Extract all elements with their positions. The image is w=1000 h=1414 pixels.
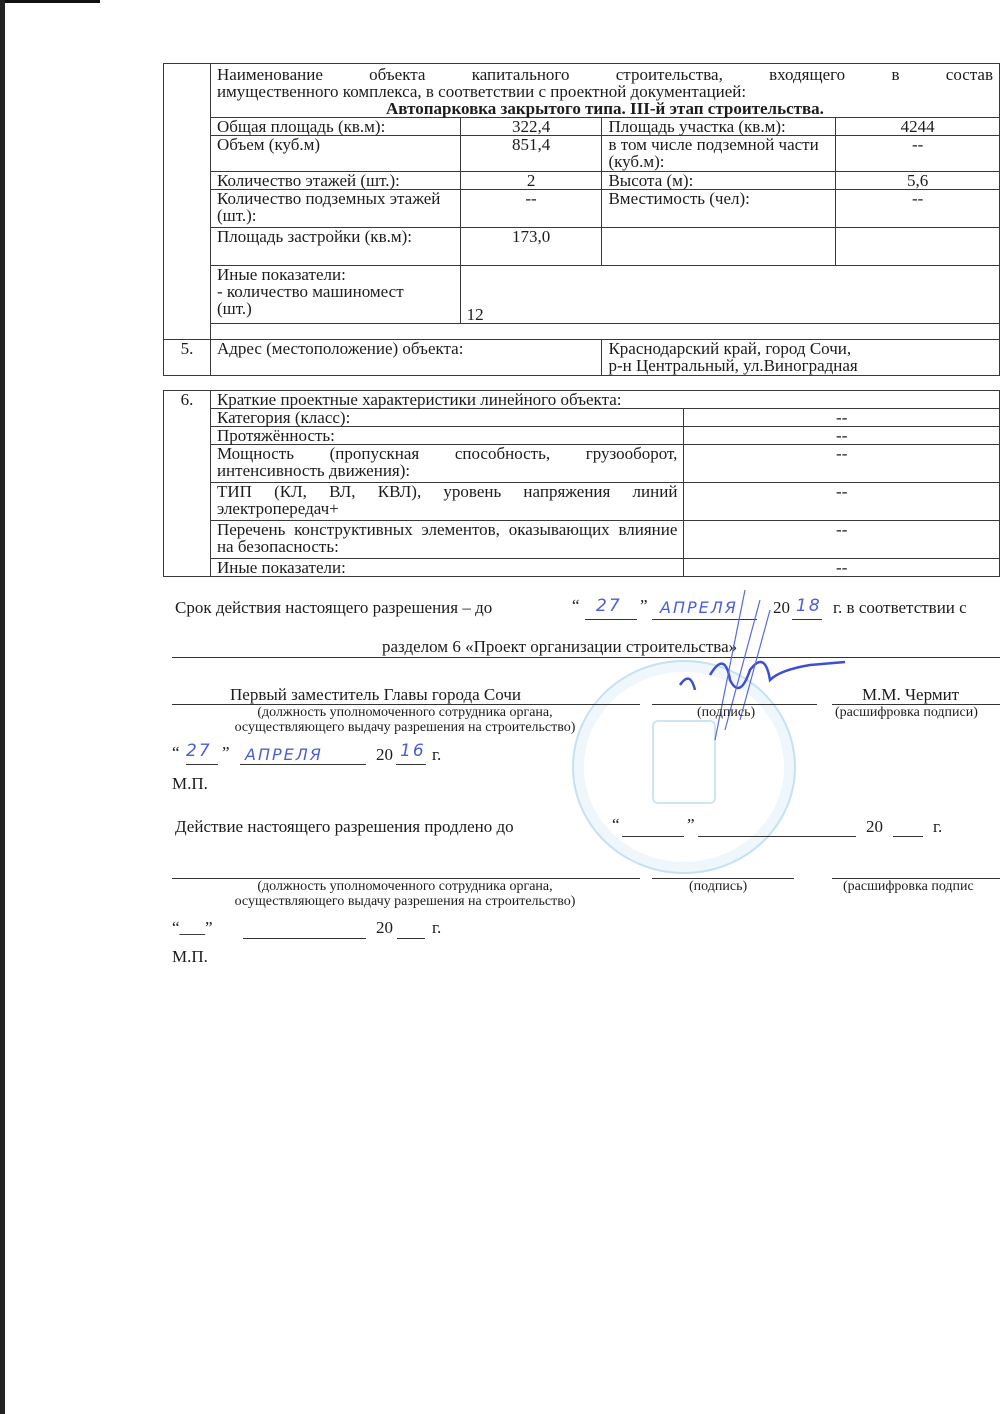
cell-value: 4244	[836, 118, 1000, 136]
caption-position: (должность уполномоченного сотрудника ор…	[200, 879, 610, 909]
caption-name: (расшифровка подписи)	[835, 705, 978, 720]
cell-value: --	[460, 190, 602, 228]
parking-spaces-value: 12	[460, 266, 999, 324]
sign-date-year-suffix: 16	[400, 741, 426, 761]
cell-label: Категория (класс):	[210, 409, 683, 427]
intro-text-line2: имущественного комплекса, в соответствии…	[217, 83, 993, 100]
cell-label: Мощность (пропускная способность, грузоо…	[210, 445, 683, 483]
caption-signature: (подпись)	[689, 879, 747, 894]
caption-line2: осуществляющего выдачу разрешения на стр…	[200, 720, 610, 735]
validity-open-quote: “	[572, 596, 580, 616]
cell-label: Площадь застройки (кв.м):	[210, 228, 460, 266]
cell-value: 2	[460, 172, 602, 190]
section-5-number: 5.	[164, 340, 211, 376]
cell-label: Площадь участка (кв.м):	[602, 118, 836, 136]
cell-label: Перечень конструктивных элементов, оказы…	[210, 521, 683, 559]
cell-label: в том числе подземной части (куб.м):	[602, 136, 836, 172]
sign-date-close-quote: ”	[222, 743, 230, 763]
validity-prefix: Срок действия настоящего разрешения – до	[175, 598, 492, 618]
signature-icon	[670, 590, 850, 760]
caption-name: (расшифровка подпис	[843, 879, 974, 894]
cell-value: 173,0	[460, 228, 602, 266]
cell-label: Количество этажей (шт.):	[210, 172, 460, 190]
cell-value: --	[836, 136, 1000, 172]
cell-label: Объем (куб.м)	[210, 136, 460, 172]
seal-label: М.П.	[172, 774, 208, 794]
signatory-position: Первый заместитель Главы города Сочи	[230, 685, 521, 705]
underline	[396, 764, 426, 765]
caption-signature: (подпись)	[697, 705, 755, 720]
extension-date-year-prefix: 20	[376, 918, 393, 938]
sign-date-suffix: г.	[432, 745, 441, 765]
address-line1: Краснодарский край, город Сочи,	[608, 340, 993, 357]
section-6-number: 6.	[164, 391, 211, 577]
object-characteristics-table: Наименование объекта капитального строит…	[163, 63, 1000, 376]
intro-text-line1: Наименование объекта капитального строит…	[217, 66, 993, 83]
extension-seal-label: М.П.	[172, 947, 208, 967]
extension-date-suffix: г.	[432, 918, 441, 938]
sign-date-year-prefix: 20	[376, 745, 393, 765]
cell-label: Количество подземных этажей (шт.):	[210, 190, 460, 228]
underline	[172, 657, 1000, 658]
extension-date-year-field	[397, 938, 425, 939]
cell-label: Протяжённость:	[210, 427, 683, 445]
cell-value: --	[684, 559, 1000, 577]
extension-day-field	[622, 836, 684, 837]
address-line2: р-н Центральный, ул.Виноградная	[608, 357, 993, 374]
cell-empty	[836, 228, 1000, 266]
object-name: Автопарковка закрытого типа. III-й этап …	[217, 100, 993, 117]
cell-value: --	[684, 427, 1000, 445]
cell-value: --	[684, 445, 1000, 483]
cell-label: Высота (м):	[602, 172, 836, 190]
cell-value: --	[684, 409, 1000, 427]
extension-date-quotes: “___”	[172, 918, 213, 938]
cell-value: --	[684, 483, 1000, 521]
scan-border-left	[0, 0, 5, 1414]
cell-label: Иные показатели:	[210, 559, 683, 577]
cell-value: 322,4	[460, 118, 602, 136]
cell-empty	[602, 228, 836, 266]
cell-label: ТИП (КЛ, ВЛ, КВЛ), уровень напряжения ли…	[210, 483, 683, 521]
address-value: Краснодарский край, город Сочи, р-н Цент…	[602, 340, 1000, 376]
signatory-name: М.М. Чермит	[862, 685, 959, 705]
extension-prefix: Действие настоящего разрешения продлено …	[175, 817, 514, 837]
extension-year-field	[893, 836, 923, 837]
underline	[186, 764, 218, 765]
cell-value: 5,6	[836, 172, 1000, 190]
cell-label: Вместимость (чел):	[602, 190, 836, 228]
caption-line2: осуществляющего выдачу разрешения на стр…	[200, 894, 610, 909]
cell-value: 851,4	[460, 136, 602, 172]
scan-border-top	[0, 0, 100, 3]
cell-value: --	[836, 190, 1000, 228]
extension-year-suffix: г.	[933, 817, 942, 837]
validity-suffix: г. в соответствии с	[833, 598, 967, 618]
validity-close-quote: ”	[640, 596, 648, 616]
sign-date-month: АПРЕЛЯ	[245, 745, 323, 764]
extension-date-month-field	[243, 938, 366, 939]
section-6-title: Краткие проектные характеристики линейно…	[210, 391, 999, 409]
underline	[585, 619, 637, 620]
sign-date-day: 27	[186, 741, 212, 761]
extension-close-quote: ”	[687, 815, 695, 835]
caption-line1: (должность уполномоченного сотрудника ор…	[200, 705, 610, 720]
address-label: Адрес (местоположение) объекта:	[210, 340, 602, 376]
extension-year-prefix: 20	[866, 817, 883, 837]
caption-position: (должность уполномоченного сотрудника ор…	[200, 705, 610, 735]
linear-object-table: 6. Краткие проектные характеристики лине…	[163, 390, 1000, 577]
other-indicators-label: Иные показатели: - количество машиномест…	[210, 266, 460, 324]
extension-open-quote: “	[612, 815, 620, 835]
underline	[240, 764, 366, 765]
caption-line1: (должность уполномоченного сотрудника ор…	[200, 879, 610, 894]
row-number-cell	[164, 64, 211, 340]
validity-day: 27	[596, 596, 622, 616]
sign-date-open-quote: “	[172, 743, 180, 763]
cell-label: Общая площадь (кв.м):	[210, 118, 460, 136]
extension-month-field	[698, 836, 856, 837]
cell-value: --	[684, 521, 1000, 559]
spacer-row	[210, 324, 999, 340]
